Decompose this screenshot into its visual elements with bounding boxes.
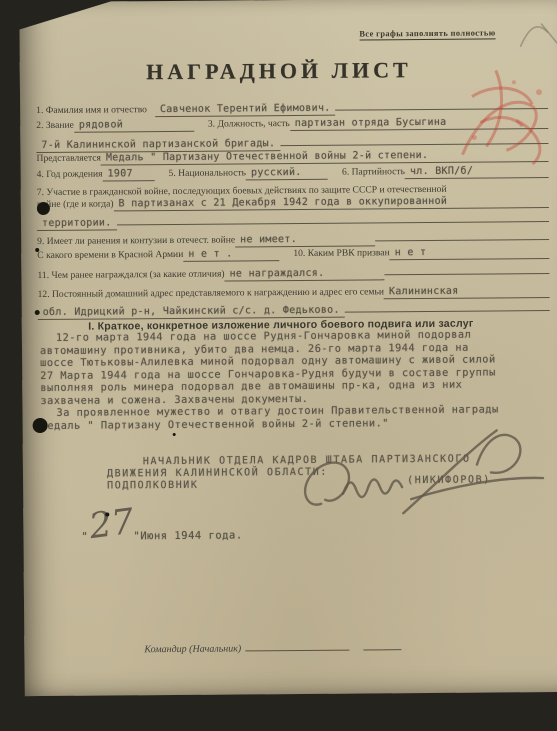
field-birth-year-label: 4. Год рождения — [37, 169, 103, 181]
torn-corner — [17, 0, 117, 30]
red-stamp — [444, 62, 557, 173]
underline-filler — [385, 263, 550, 275]
commander-row: Командир (Начальник) — [144, 640, 401, 655]
date-day-handwritten: 27 — [87, 502, 136, 547]
field-prior-awards-label: 11. Чем ранее награждался (за какие отли… — [37, 269, 224, 281]
field-wounds-value: не имеет. — [235, 233, 375, 247]
hole-punch — [37, 202, 50, 215]
field-name-label: 1. Фамилия имя и отчество — [36, 104, 147, 116]
field-rank-value: рядовой — [74, 119, 194, 133]
field-rvk-value: н е т — [390, 246, 550, 260]
ink-speck — [105, 512, 109, 516]
merit-body: 12-го марта 1944 года на шоссе Рудня-Гон… — [40, 328, 503, 432]
commander-underline-short — [363, 640, 401, 650]
merit-para-1: 12-го марта 1944 года на шоссе Рудня-Гон… — [40, 328, 503, 407]
field-war-value: В партизанах с 21 Декабря 1942 года в ок… — [113, 195, 548, 211]
field-army-since-label: С какого времени в Красной Армии — [37, 249, 183, 261]
field-prior-awards-row: 11. Чем ранее награждался (за какие отли… — [37, 263, 549, 283]
field-wounds-label: 9. Имеет ли ранения и контузии в отечест… — [37, 234, 235, 247]
field-address-row-1: 12. Постоянный домашний адрес представля… — [38, 285, 550, 302]
field-birth-year-value: 1907 — [102, 168, 154, 181]
paper-sheet: Все графы заполнять полностью НАГРАДНОЙ … — [19, 0, 557, 696]
underline-filler — [116, 211, 549, 225]
field-address-value-2: обл. Идрицкий р-н, Чайкинский с/с. д. Фе… — [38, 305, 345, 320]
pencil-mark — [517, 18, 557, 50]
commander-underline — [245, 641, 349, 652]
field-army-rvk-row: С какого времени в Красной Армии н е т .… — [37, 246, 549, 263]
underline-filler — [345, 300, 550, 313]
ink-speck — [35, 310, 40, 315]
underline-filler — [375, 229, 549, 241]
handwritten-signature — [291, 424, 554, 522]
hole-punch — [33, 418, 48, 433]
field-name-value: Савченок Терентий Ефимович. — [155, 103, 336, 117]
field-war-row-3: территории. — [37, 211, 549, 231]
field-position-label: 3. Должность, часть — [208, 118, 290, 130]
field-nationality-label: 5. Национальность — [168, 167, 246, 179]
field-prior-awards-value: не награждался. — [225, 267, 385, 281]
fill-all-note: Все графы заполнять полностью — [359, 28, 495, 40]
date-typed: "Июня 1944 года. — [133, 529, 242, 542]
field-war-row-2: войне (где и когда) В партизанах с 21 Де… — [37, 195, 549, 212]
field-war-value-2: территории. — [37, 217, 117, 231]
field-rank-label: 2. Звание — [36, 120, 74, 131]
commander-label: Командир (Начальник) — [144, 643, 241, 655]
signature-title-line-3: ПОДПОЛКОВНИК — [107, 480, 199, 492]
field-nationality-value: русский. — [246, 167, 328, 181]
ink-speck — [35, 248, 39, 252]
field-address-value: Калининская — [384, 285, 550, 299]
date-open-quote: " — [81, 531, 88, 543]
field-address-label: 12. Постоянный домашний адрес представля… — [38, 286, 384, 300]
field-army-since-value: н е т . — [183, 248, 279, 262]
field-party-label: 6. Партийность — [342, 166, 405, 177]
ink-speck — [173, 433, 176, 436]
scanned-document: Все графы заполнять полностью НАГРАДНОЙ … — [0, 0, 557, 731]
field-presented-label: Представляется — [36, 153, 101, 165]
field-rvk-label: 10. Каким РВК призван — [293, 247, 389, 259]
